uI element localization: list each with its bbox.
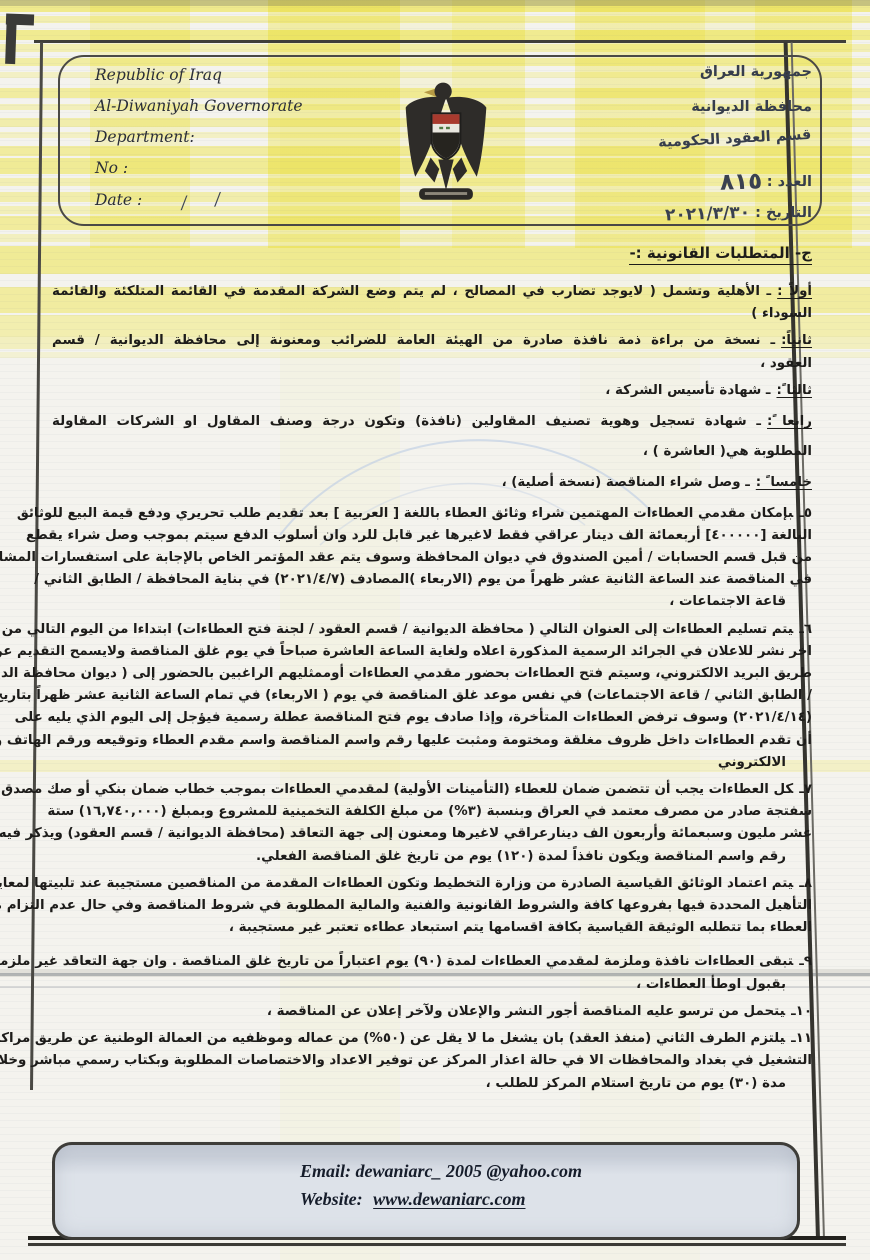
clause-label: ثانياً:: [781, 333, 812, 348]
clause-text: كل العطاءات يجب أن تتضمن ضمان للعطاء (ال…: [0, 782, 793, 797]
letterhead-date-line: Date : //: [95, 190, 395, 221]
clause-line: رابعا ً:ـ شهادة تسجيل وهوية تصنيف المقاو…: [52, 411, 812, 433]
contact-footer-box: Email: dewaniarc_ 2005 @yahoo.com Websit…: [52, 1142, 800, 1240]
page-border-bottom-double: [28, 1243, 846, 1246]
clause-line: البالغة [٤٠٠٠٠٠] أربعمائة الف دينار عراق…: [52, 525, 812, 547]
clause-line: ٩ـتبقى العطاءات نافذة وملزمة لمقدمي العط…: [52, 951, 812, 973]
letterhead-english: Republic of Iraq Al-Diwaniyah Governorat…: [95, 66, 395, 221]
clause-second: ثانياً:ـ نسخة من براءة ذمة نافذة صادرة م…: [52, 330, 812, 374]
clause-label: أولاً :: [777, 284, 812, 299]
clause-number: ٦ـ: [799, 622, 812, 637]
clause-line: التأهيل المحددة فيها بفروعها كافة والشرو…: [52, 895, 812, 917]
clause-number: ١٠ـ: [791, 1004, 812, 1019]
clause-line: اخر نشر للاعلان في الجرائد الرسمية المذك…: [52, 641, 812, 663]
clause-10: ١٠ـيتحمل من ترسو عليه المناقصة أجور النش…: [52, 1001, 812, 1023]
clause-11: ١١ـيلتزم الطرف الثاني (منفذ العقد) بان ي…: [52, 1028, 812, 1095]
clause-line: عشر مليون وسبعمائة وأربعون الف دينارعراق…: [52, 823, 812, 845]
clause-third: ثالثا ً:ـ شهادة تأسيس الشركة ،: [52, 380, 812, 402]
clause-line: من قبل قسم الحسابات / أمين الصندوق في دي…: [52, 547, 812, 569]
clause-line: العطاء بما تتطلبه الوثيقة القياسية بكافة…: [52, 917, 812, 939]
clause-line: ١٠ـيتحمل من ترسو عليه المناقصة أجور النش…: [52, 1001, 812, 1023]
website-line: Website: www.dewaniarc.com: [300, 1189, 582, 1217]
clause-text: ـ نسخة من براءة ذمة نافذة صادرة من الهيئ…: [52, 333, 775, 348]
clause-text: يتم اعتماد الوثائق القياسية الصادرة من و…: [0, 876, 793, 891]
clause-5: ٥ـبإمكان مقدمي العطاءات المهتمين شراء وث…: [52, 503, 812, 614]
clause-fifth-ordinal: خامسا ً :ـ وصل شراء المناقصة (نسخة أصلية…: [52, 472, 812, 494]
number-label: العدد :: [767, 174, 812, 190]
highlighter-streak: [0, 16, 870, 23]
clause-line: أولاً :ـ الأهلية وتشمل ( لايوجد تضارب في…: [52, 281, 812, 303]
page-border-top: [34, 40, 846, 43]
clause-line: ١١ـيلتزم الطرف الثاني (منفذ العقد) بان ي…: [52, 1028, 812, 1050]
clause-line: السوداء ): [52, 303, 812, 325]
date-label-ar: التاريخ :: [755, 205, 812, 221]
clause-line: خامسا ً :ـ وصل شراء المناقصة (نسخة أصلية…: [52, 472, 812, 494]
highlighter-streak: [0, 30, 870, 40]
clause-number: ٩ـ: [799, 954, 812, 969]
clause-line: (٢٠٢١/٤/١٤) وسوف ترفض العطاءات المتأخرة،…: [52, 707, 812, 729]
clause-line: الالكتروني: [52, 752, 812, 774]
clause-line: طريق البريد الالكتروني، وسيتم فتح العطاء…: [52, 663, 812, 685]
clause-line: مدة (٣٠) يوم من تاريخ استلام المركز للطل…: [52, 1073, 812, 1095]
clause-line: رقم واسم المناقصة ويكون نافذاً لمدة (١٢٠…: [52, 846, 812, 868]
clause-line: بقبول اوطأ العطاءات ،: [52, 974, 812, 996]
email-label: Email:: [300, 1161, 351, 1181]
clause-line: المطلوبة هي( العاشرة ) ،: [52, 441, 812, 463]
clause-9: ٩ـتبقى العطاءات نافذة وملزمة لمقدمي العط…: [52, 951, 812, 995]
scan-corner-artifact: [6, 14, 34, 26]
clause-line: التشغيل في بغداد والمحافظات الا في حالة …: [52, 1050, 812, 1072]
clause-number: ٥ـ: [799, 506, 812, 521]
letterhead-no-label: No :: [95, 159, 395, 190]
clause-7: ٧ـكل العطاءات يجب أن تتضمن ضمان للعطاء (…: [52, 779, 812, 868]
letterhead-date-line-ar: التاريخ : ٢٠٢١/٣/٣٠: [540, 204, 812, 239]
clause-text: ـ الأهلية وتشمل ( لايوجد تضارب في المصال…: [52, 284, 771, 299]
clause-line: ٥ـبإمكان مقدمي العطاءات المهتمين شراء وث…: [52, 503, 812, 525]
clause-text: تبقى العطاءات نافذة وملزمة لمقدمي العطاء…: [0, 954, 793, 969]
clause-label: خامسا ً :: [756, 475, 812, 490]
clause-line: العقود ،: [52, 353, 812, 375]
clause-6: ٦ـيتم تسليم العطاءات إلى العنوان التالي …: [52, 619, 812, 774]
section-heading: ج- المتطلبات القانونية :-: [629, 244, 812, 265]
clause-line: / الطابق الثاني / قاعة الاجتماعات) في نف…: [52, 685, 812, 707]
email-line: Email: dewaniarc_ 2005 @yahoo.com: [300, 1161, 582, 1189]
clause-8: ٨ـيتم اعتماد الوثائق القياسية الصادرة من…: [52, 873, 812, 940]
website-label: Website:: [300, 1189, 363, 1209]
letterhead-number-line: العدد : ٨١٥: [540, 169, 812, 204]
highlighter-streak: [0, 44, 870, 52]
clause-line: ٧ـكل العطاءات يجب أن تتضمن ضمان للعطاء (…: [52, 779, 812, 801]
handwritten-number: ٨١٥: [719, 168, 762, 195]
letterhead-country-ar: جمهورية العراق: [540, 64, 812, 99]
clause-line: ثالثا ً:ـ شهادة تأسيس الشركة ،: [52, 380, 812, 402]
clause-fourth: رابعا ً:ـ شهادة تسجيل وهوية تصنيف المقاو…: [52, 411, 812, 463]
letterhead-date-label: Date :: [95, 191, 142, 209]
clause-text: ـ شهادة تأسيس الشركة ،: [605, 383, 770, 398]
letterhead-governorate-en: Al-Diwaniyah Governorate: [95, 97, 395, 128]
clause-line: أن تقدم العطاءات داخل ظروف مغلقة ومختومة…: [52, 730, 812, 752]
clause-text: ـ وصل شراء المناقصة (نسخة أصلية) ،: [502, 475, 750, 490]
clause-text: بإمكان مقدمي العطاءات المهتمين شراء وثائ…: [17, 506, 793, 521]
email-value: dewaniarc_ 2005 @yahoo.com: [356, 1161, 582, 1181]
clause-label: رابعا ً:: [767, 414, 812, 429]
letterhead-country-en: Republic of Iraq: [95, 66, 395, 97]
clause-number: ٨ـ: [799, 876, 812, 891]
letterhead-arabic: جمهورية العراق محافظة الديوانية قسم العق…: [540, 64, 812, 239]
clause-line: ٦ـيتم تسليم العطاءات إلى العنوان التالي …: [52, 619, 812, 641]
clause-text: ـ شهادة تسجيل وهوية تصنيف المقاولين (ناف…: [52, 414, 761, 429]
clause-line: قاعة الاجتماعات ،: [52, 591, 812, 613]
clause-text: يتحمل من ترسو عليه المناقصة أجور النشر و…: [267, 1004, 785, 1019]
clause-line: في المناقصة عند الساعة الثانية عشر ظهراً…: [52, 569, 812, 591]
clause-number: ٧ـ: [799, 782, 812, 797]
scan-top-edge: [0, 0, 870, 6]
scanned-document-page: Republic of Iraq Al-Diwaniyah Governorat…: [0, 0, 870, 1260]
clause-line: ٨ـيتم اعتماد الوثائق القياسية الصادرة من…: [52, 873, 812, 895]
handwritten-date: ٢٠٢١/٣/٣٠: [665, 203, 751, 226]
clause-text: يلتزم الطرف الثاني (منفذ العقد) بان يشغل…: [0, 1031, 785, 1046]
legal-requirements-section: ج- المتطلبات القانونية :- أولاً :ـ الأهل…: [52, 243, 812, 1100]
handwritten-date-slashes: //: [180, 187, 249, 214]
letterhead-department-label: Department:: [95, 128, 395, 159]
clause-text: يتم تسليم العطاءات إلى العنوان التالي ( …: [0, 622, 793, 637]
clause-line: سفتجة صادر من مصرف معتمد في العراق وبنسب…: [52, 801, 812, 823]
clause-number: ١١ـ: [791, 1031, 812, 1046]
iraq-eagle-emblem: [398, 76, 494, 216]
clause-first: أولاً :ـ الأهلية وتشمل ( لايوجد تضارب في…: [52, 281, 812, 325]
clause-line: ثانياً:ـ نسخة من براءة ذمة نافذة صادرة م…: [52, 330, 812, 352]
contact-info: Email: dewaniarc_ 2005 @yahoo.com Websit…: [300, 1161, 582, 1217]
website-value: www.dewaniarc.com: [373, 1189, 525, 1209]
clause-label: ثالثا ً:: [776, 383, 812, 398]
